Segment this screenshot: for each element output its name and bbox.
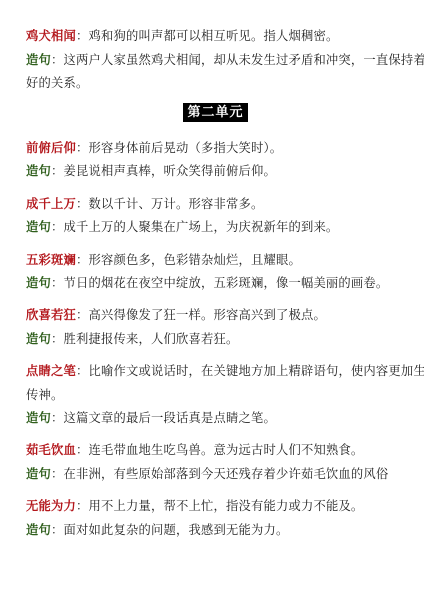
idiom-term: 前俯后仰 (26, 141, 76, 155)
idiom-definition: 鸡和狗的叫声都可以相互听见。指人烟稠密。 (89, 29, 339, 43)
example-line: 造句：胜利捷报传来，人们欣喜若狂。 (26, 332, 406, 347)
example-label: 造句 (26, 220, 51, 234)
definition-line: 欣喜若狂：高兴得像发了狂一样。形容高兴到了极点。 (26, 308, 406, 323)
definition-line: 茹毛饮血：连毛带血地生吃鸟兽。意为远古时人们不知熟食。 (26, 443, 406, 458)
idiom-definition: 形容身体前后晃动（多指大笑时）。 (89, 141, 283, 155)
idiom-term: 点睛之笔 (26, 364, 76, 378)
idiom-term: 欣喜若狂 (26, 308, 76, 322)
definition-line: 五彩斑斓：形容颜色多，色彩错杂灿烂，且耀眼。 (26, 253, 406, 268)
document-page: 鸡犬相闻：鸡和狗的叫声都可以相互听见。指人烟稠密。 造句：这两户人家虽然鸡犬相闻… (0, 0, 424, 600)
example-line: 造句：节日的烟花在夜空中绽放，五彩斑斓，像一幅美丽的画卷。 (26, 276, 406, 291)
example-label: 造句 (26, 523, 51, 537)
definition-continuation: 传神。 (26, 388, 406, 403)
definition-line: 无能为力：用不上力量，帮不上忙，指没有能力或力不能及。 (26, 499, 406, 514)
example-line: 造句：面对如此复杂的问题，我感到无能为力。 (26, 523, 406, 538)
example-label: 造句 (26, 467, 51, 481)
example-line: 造句：成千上万的人聚集在广场上，为庆祝新年的到来。 (26, 220, 406, 235)
example-sentence: 姜昆说相声真棒，听众笑得前俯后仰。 (64, 164, 276, 178)
example-sentence: 面对如此复杂的问题，我感到无能为力。 (64, 523, 289, 537)
idiom-definition: 数以千计、万计。形容非常多。 (89, 197, 264, 211)
example-label: 造句 (26, 411, 51, 425)
definition-line: 点睛之笔：比喻作文或说话时，在关键地方加上精辟语句，使内容更加生动 (26, 364, 406, 379)
example-label: 造句 (26, 276, 51, 290)
section-heading: 第二单元 (183, 103, 248, 122)
example-line: 造句：这篇文章的最后一段话真是点睛之笔。 (26, 411, 406, 426)
idiom-term: 无能为力 (26, 499, 76, 513)
idiom-term: 五彩斑斓 (26, 253, 76, 267)
definition-line: 成千上万：数以千计、万计。形容非常多。 (26, 197, 406, 212)
idiom-term: 茹毛饮血 (26, 443, 76, 457)
example-label: 造句 (26, 332, 51, 346)
example-sentence: 胜利捷报传来，人们欣喜若狂。 (64, 332, 239, 346)
example-sentence: 在非洲，有些原始部落到今天还残存着少许茹毛饮血的风俗 (64, 467, 389, 481)
example-label: 造句 (26, 164, 51, 178)
idiom-definition: 形容颜色多，色彩错杂灿烂，且耀眼。 (89, 253, 301, 267)
definition-line: 鸡犬相闻：鸡和狗的叫声都可以相互听见。指人烟稠密。 (26, 29, 406, 44)
idiom-definition: 高兴得像发了狂一样。形容高兴到了极点。 (89, 308, 326, 322)
example-sentence: 节日的烟花在夜空中绽放，五彩斑斓，像一幅美丽的画卷。 (64, 276, 389, 290)
example-line: 造句：在非洲，有些原始部落到今天还残存着少许茹毛饮血的风俗 (26, 467, 406, 482)
example-sentence: 成千上万的人聚集在广场上，为庆祝新年的到来。 (64, 220, 339, 234)
example-continuation: 好的关系。 (26, 76, 406, 91)
definition-line: 前俯后仰：形容身体前后晃动（多指大笑时）。 (26, 141, 406, 156)
example-sentence: 这两户人家虽然鸡犬相闻，却从未发生过矛盾和冲突，一直保持着友 (64, 53, 424, 67)
idiom-term: 鸡犬相闻 (26, 29, 76, 43)
idiom-term: 成千上万 (26, 197, 76, 211)
example-sentence: 这篇文章的最后一段话真是点睛之笔。 (64, 411, 276, 425)
example-label: 造句 (26, 53, 51, 67)
example-line: 造句：姜昆说相声真棒，听众笑得前俯后仰。 (26, 164, 406, 179)
idiom-definition: 连毛带血地生吃鸟兽。意为远古时人们不知熟食。 (89, 443, 364, 457)
example-line: 造句：这两户人家虽然鸡犬相闻，却从未发生过矛盾和冲突，一直保持着友 (26, 53, 406, 68)
idiom-definition: 用不上力量，帮不上忙，指没有能力或力不能及。 (89, 499, 364, 513)
idiom-definition: 比喻作文或说话时，在关键地方加上精辟语句，使内容更加生动 (89, 364, 424, 378)
